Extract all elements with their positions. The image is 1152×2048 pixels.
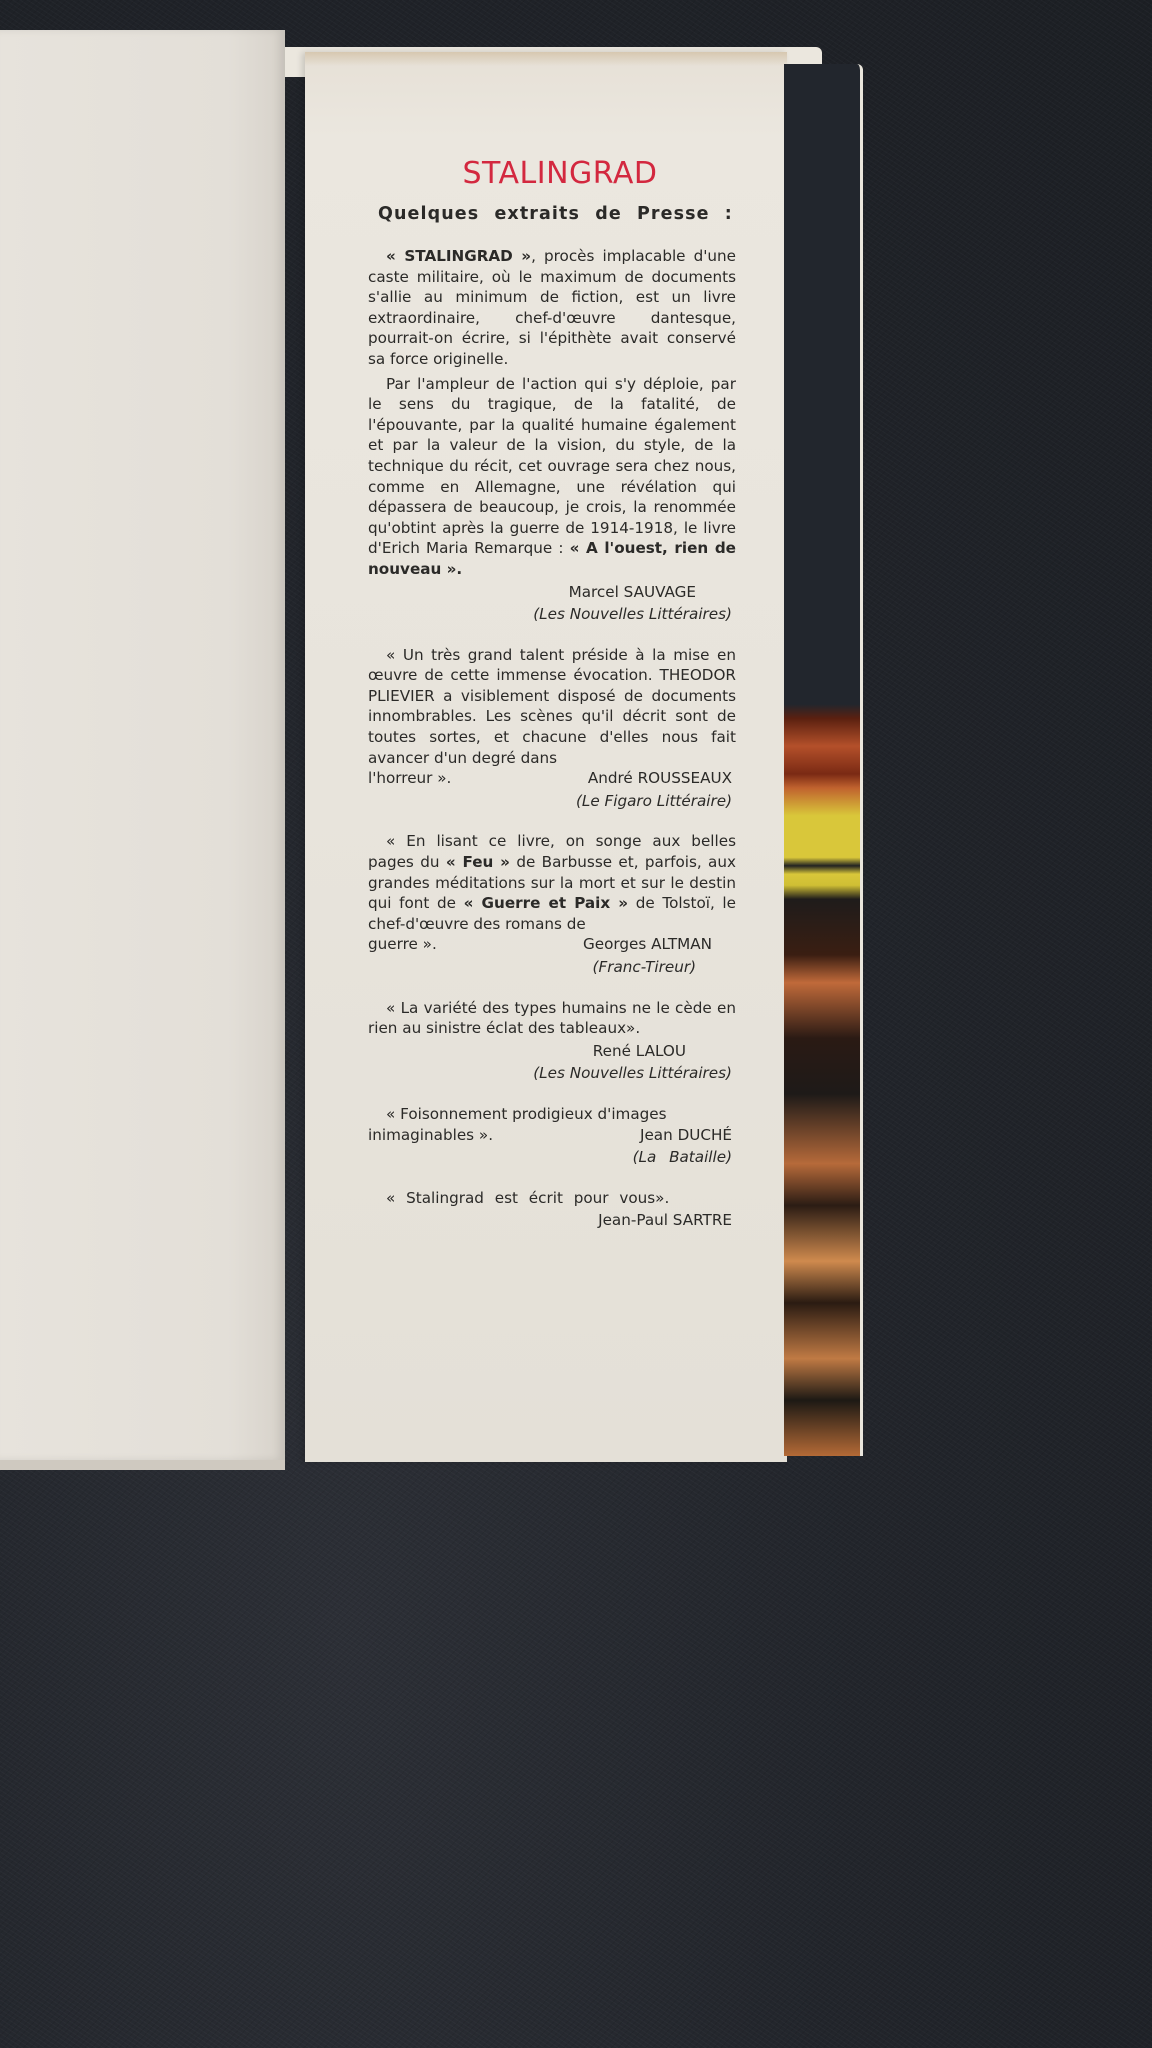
quote-source: (Franc-Tireur) [368,957,736,978]
quote-author: Marcel SAUVAGE [368,582,736,603]
quote-paragraph: « Un très grand talent préside à la mise… [368,645,736,769]
quote-sauvage: « STALINGRAD », procès implacable d'une … [368,246,736,625]
quote-paragraph: « En lisant ce livre, on songe aux belle… [368,831,736,934]
quote-lalou: « La variété des types humains ne le cèd… [368,998,736,1084]
quote-author: Jean DUCHÉ [640,1125,736,1146]
quote-tail-row: guerre ». Georges ALTMAN [368,934,736,955]
quote-sartre: « Stalingrad est écrit pour vous». Jean-… [368,1188,736,1231]
quote-paragraph: « STALINGRAD », procès implacable d'une … [368,246,736,370]
quote-duche: « Foisonnement prodigieux d'images inima… [368,1104,736,1168]
quote-author: Georges ALTMAN [583,934,736,955]
cover-illustration-strip [784,64,863,1456]
book-name-bold: « STALINGRAD » [386,247,531,265]
quote-paragraph: « La variété des types humains ne le cèd… [368,998,736,1039]
book-left-page [0,30,285,1470]
press-extracts: STALINGRAD Quelques extraits de Presse :… [368,150,736,1231]
section-heading: Quelques extraits de Presse : [378,202,736,226]
quote-tail-row: inimaginables ». Jean DUCHÉ [368,1125,736,1146]
quote-altman: « En lisant ce livre, on songe aux belle… [368,831,736,977]
quote-source: (La Bataille) [368,1147,736,1168]
quote-tail-row: l'horreur ». André ROUSSEAUX [368,768,736,789]
quote-paragraph: « Stalingrad est écrit pour vous». [368,1188,736,1209]
quote-author: André ROUSSEAUX [588,768,736,789]
quote-tail: l'horreur ». [368,768,451,789]
quote-tail: guerre ». [368,934,437,955]
quote-source: (Les Nouvelles Littéraires) [368,604,736,625]
quote-author: René LALOU [368,1041,736,1062]
quote-paragraph: « Foisonnement prodigieux d'images [368,1104,736,1125]
quote-paragraph: Par l'ampleur de l'action qui s'y déploi… [368,374,736,580]
quote-rousseaux: « Un très grand talent préside à la mise… [368,645,736,812]
quote-tail: inimaginables ». [368,1125,493,1146]
quote-author: Jean-Paul SARTRE [368,1210,736,1231]
quote-source: (Le Figaro Littéraire) [368,791,736,812]
book-title: STALINGRAD [384,156,736,192]
quote-source: (Les Nouvelles Littéraires) [368,1063,736,1084]
